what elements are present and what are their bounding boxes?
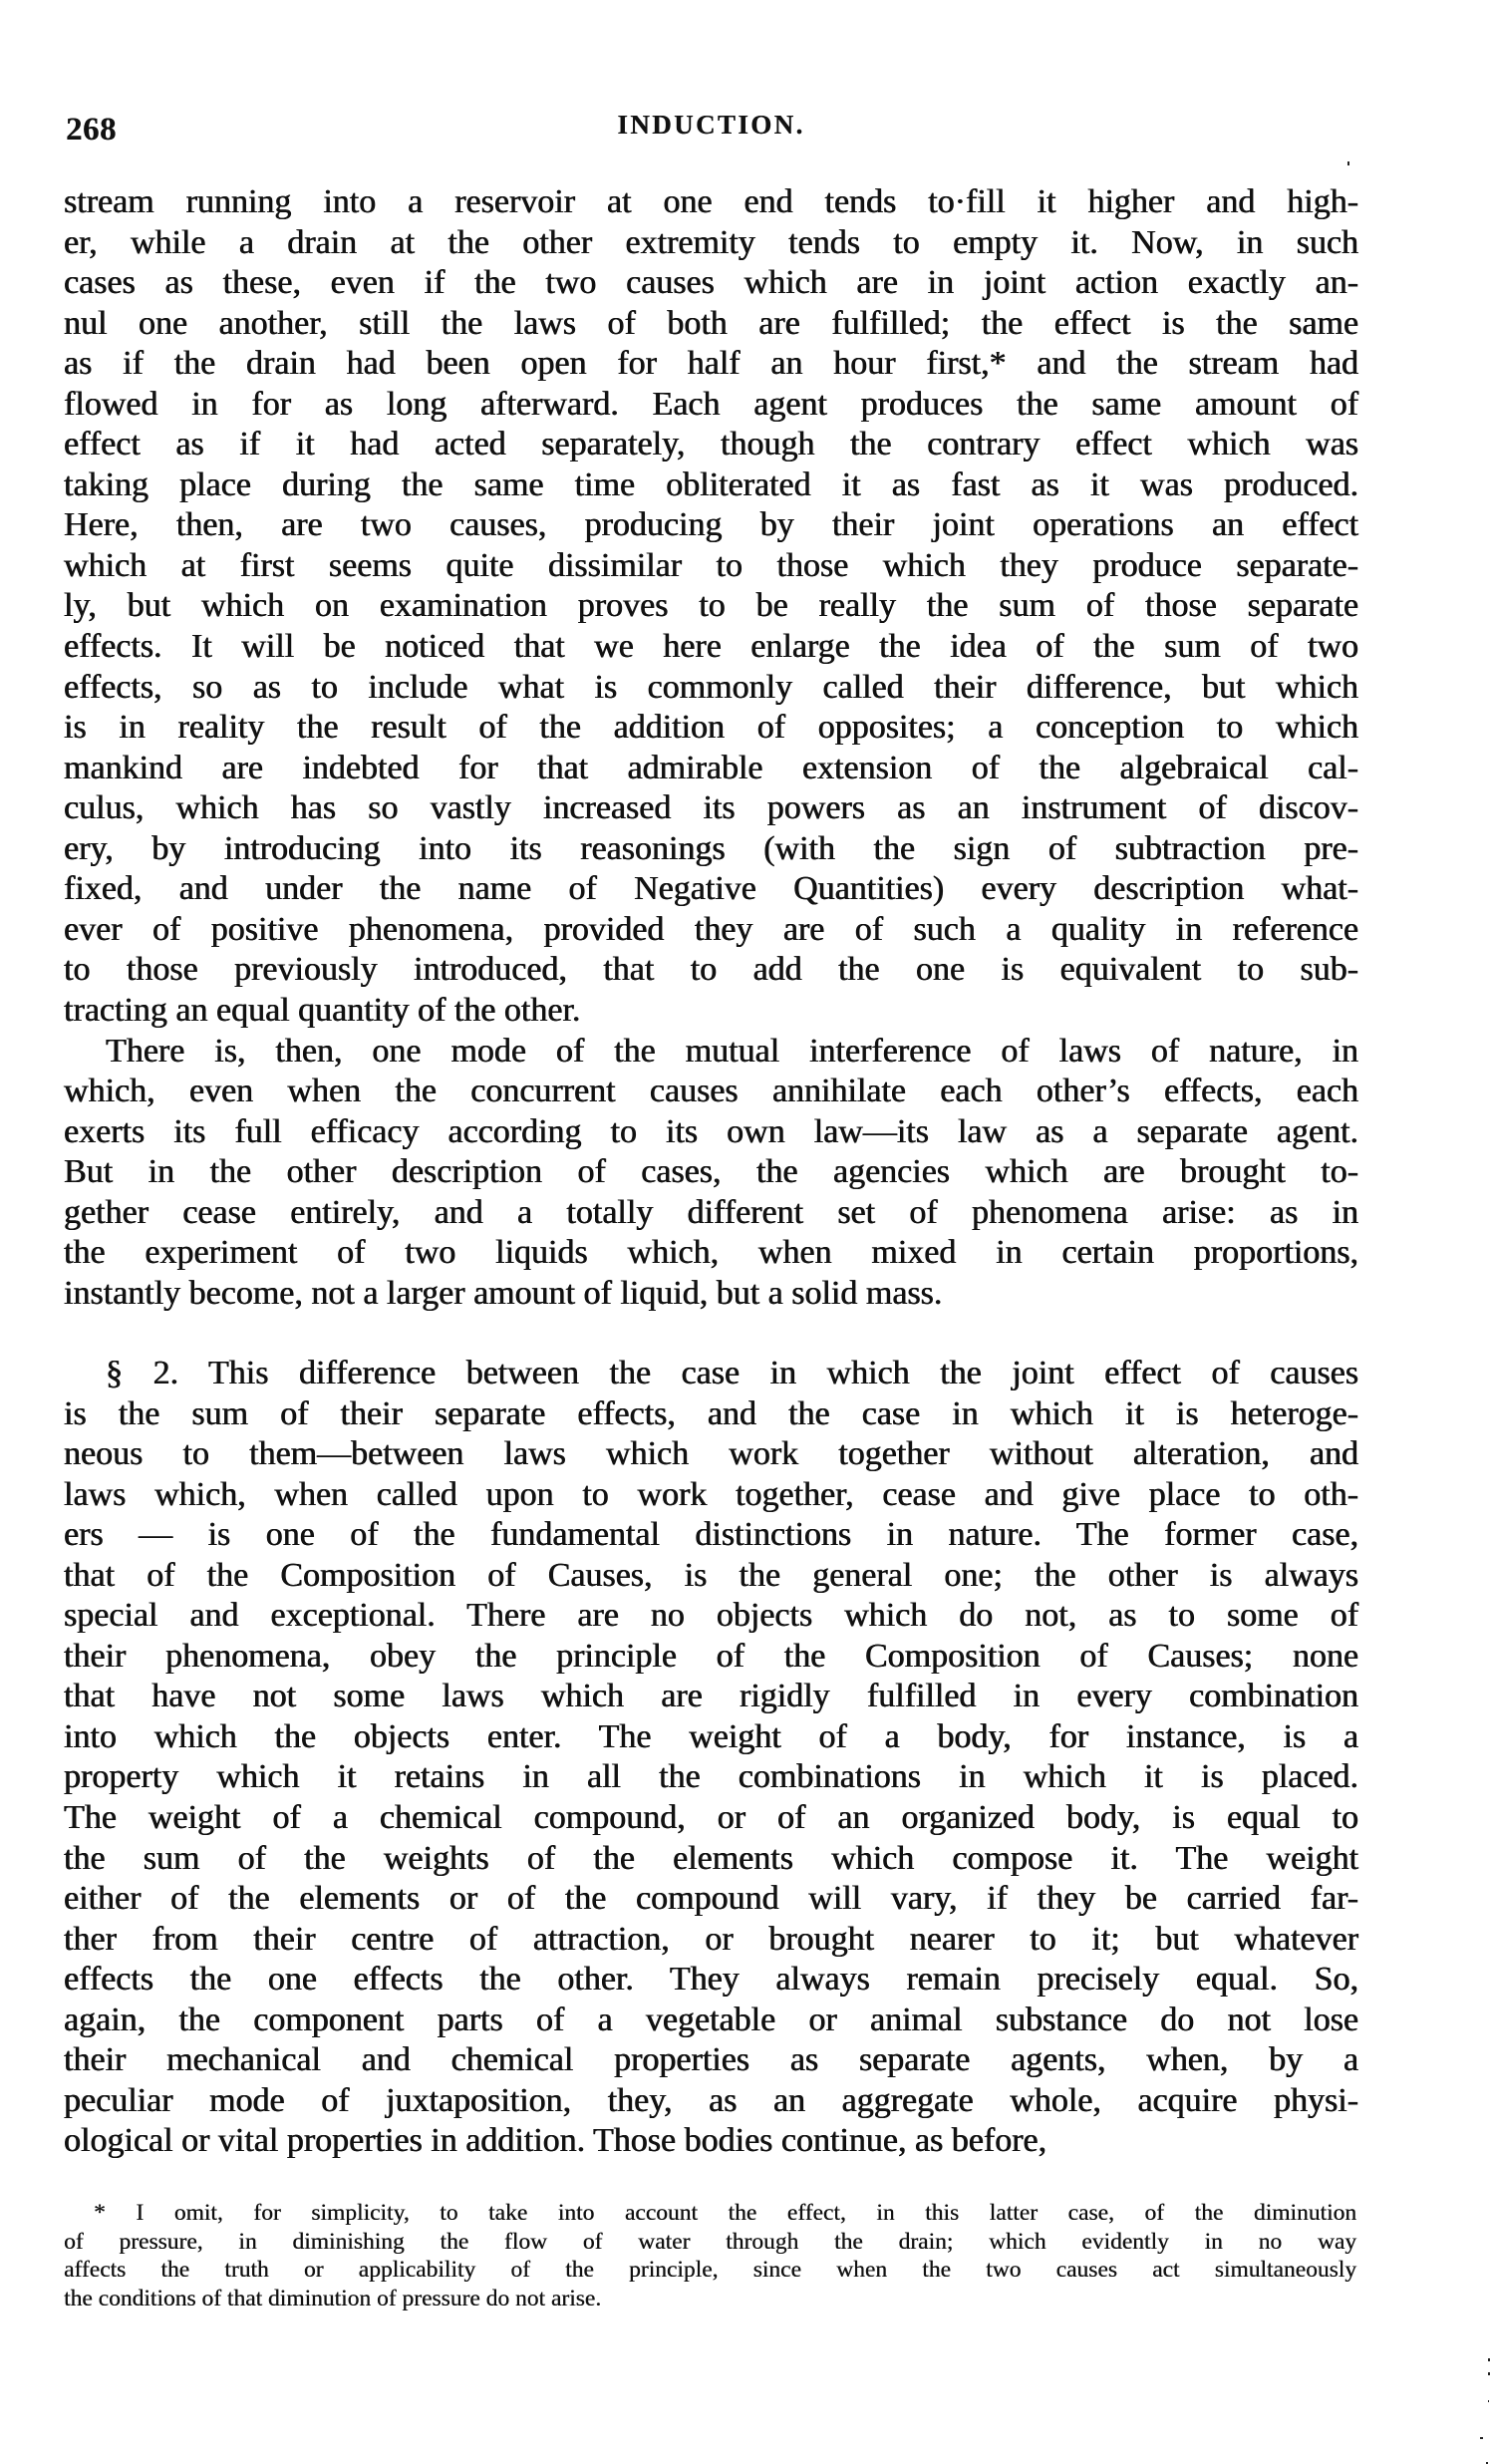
text-line: special and exceptional. There are no ob…: [64, 1596, 1358, 1637]
text-line: that of the Composition of Causes, is th…: [64, 1556, 1358, 1597]
text-line: ther from their centre of attraction, or…: [64, 1920, 1358, 1961]
text-line: flowed in for as long afterward. Each ag…: [64, 385, 1358, 426]
text-line: ever of positive phenomena, provided the…: [64, 910, 1358, 951]
text-line: Here, then, are two causes, producing by…: [64, 505, 1358, 546]
paragraph-section-2: § 2. This difference between the case in…: [64, 1354, 1358, 2162]
footnote: * I omit, for simplicity, to take into a…: [64, 2199, 1356, 2312]
text-line: property which it retains in all the com…: [64, 1757, 1358, 1798]
scan-speck: [1488, 2400, 1489, 2402]
scan-speck: [1480, 2437, 1483, 2439]
text-line: peculiar mode of juxtaposition, they, as…: [64, 2081, 1358, 2122]
text-line: their mechanical and chemical properties…: [64, 2040, 1358, 2081]
text-line: effects the one effects the other. They …: [64, 1960, 1358, 2001]
text-line: ery, by introducing into its reasonings …: [64, 829, 1358, 870]
text-line: There is, then, one mode of the mutual i…: [64, 1032, 1358, 1073]
text-line: culus, which has so vastly increased its…: [64, 788, 1358, 829]
text-line: laws which, when called upon to work tog…: [64, 1475, 1358, 1516]
scan-speck: [1347, 161, 1349, 165]
text-line: But in the other description of cases, t…: [64, 1152, 1358, 1193]
text-line: § 2. This difference between the case in…: [64, 1354, 1358, 1394]
text-line: gether cease entirely, and a totally dif…: [64, 1193, 1358, 1234]
running-title: INDUCTION.: [604, 108, 818, 142]
text-line: to those previously introduced, that to …: [64, 950, 1358, 991]
text-line: mankind are indebted for that admirable …: [64, 749, 1358, 789]
text-line: effect as if it had acted separately, th…: [64, 425, 1358, 465]
text-line: nul one another, still the laws of both …: [64, 304, 1358, 345]
text-line: stream running into a reservoir at one e…: [64, 182, 1358, 223]
text-line: effects, so as to include what is common…: [64, 668, 1358, 709]
text-line: tracting an equal quantity of the other.: [64, 991, 1358, 1032]
text-line: that have not some laws which are rigidl…: [64, 1677, 1358, 1717]
text-line: as if the drain had been open for half a…: [64, 344, 1358, 385]
footnote-line: of pressure, in diminishing the flow of …: [64, 2228, 1356, 2257]
text-line: into which the objects enter. The weight…: [64, 1717, 1358, 1758]
text-line: ological or vital properties in addition…: [64, 2121, 1358, 2162]
text-line: exerts its full efficacy according to it…: [64, 1112, 1358, 1153]
text-line: instantly become, not a larger amount of…: [64, 1274, 1358, 1315]
paragraph-2: There is, then, one mode of the mutual i…: [64, 1032, 1358, 1315]
text-line: er, while a drain at the other extremity…: [64, 223, 1358, 264]
text-line: which, even when the concurrent causes a…: [64, 1072, 1358, 1112]
text-line: is the sum of their separate effects, an…: [64, 1394, 1358, 1435]
footnote-line: affects the truth or applicability of th…: [64, 2256, 1356, 2285]
text-line: which at first seems quite dissimilar to…: [64, 546, 1358, 587]
text-line: effects. It will be noticed that we here…: [64, 627, 1358, 668]
text-line: taking place during the same time oblite…: [64, 465, 1358, 506]
text-line: ly, but which on examination proves to b…: [64, 586, 1358, 627]
footnote-line: * I omit, for simplicity, to take into a…: [64, 2199, 1356, 2228]
text-line: again, the component parts of a vegetabl…: [64, 2001, 1358, 2041]
paragraph-1: stream running into a reservoir at one e…: [64, 182, 1358, 1031]
text-line: the experiment of two liquids which, whe…: [64, 1233, 1358, 1274]
text-line: neous to them—between laws which work to…: [64, 1434, 1358, 1475]
text-line: fixed, and under the name of Negative Qu…: [64, 869, 1358, 910]
text-line: is in reality the result of the addition…: [64, 708, 1358, 749]
text-line: ers — is one of the fundamental distinct…: [64, 1515, 1358, 1556]
book-page: 268 INDUCTION. stream running into a res…: [0, 0, 1490, 2464]
text-line: their phenomena, obey the principle of t…: [64, 1637, 1358, 1678]
running-head: 268 INDUCTION.: [0, 0, 1490, 159]
text-line: the sum of the weights of the elements w…: [64, 1839, 1358, 1880]
page-number: 268: [66, 112, 117, 148]
text-line: The weight of a chemical compound, or of…: [64, 1798, 1358, 1839]
text-line: cases as these, even if the two causes w…: [64, 263, 1358, 304]
footnote-line: the conditions of that diminution of pre…: [64, 2285, 1356, 2313]
text-line: either of the elements or of the compoun…: [64, 1879, 1358, 1920]
